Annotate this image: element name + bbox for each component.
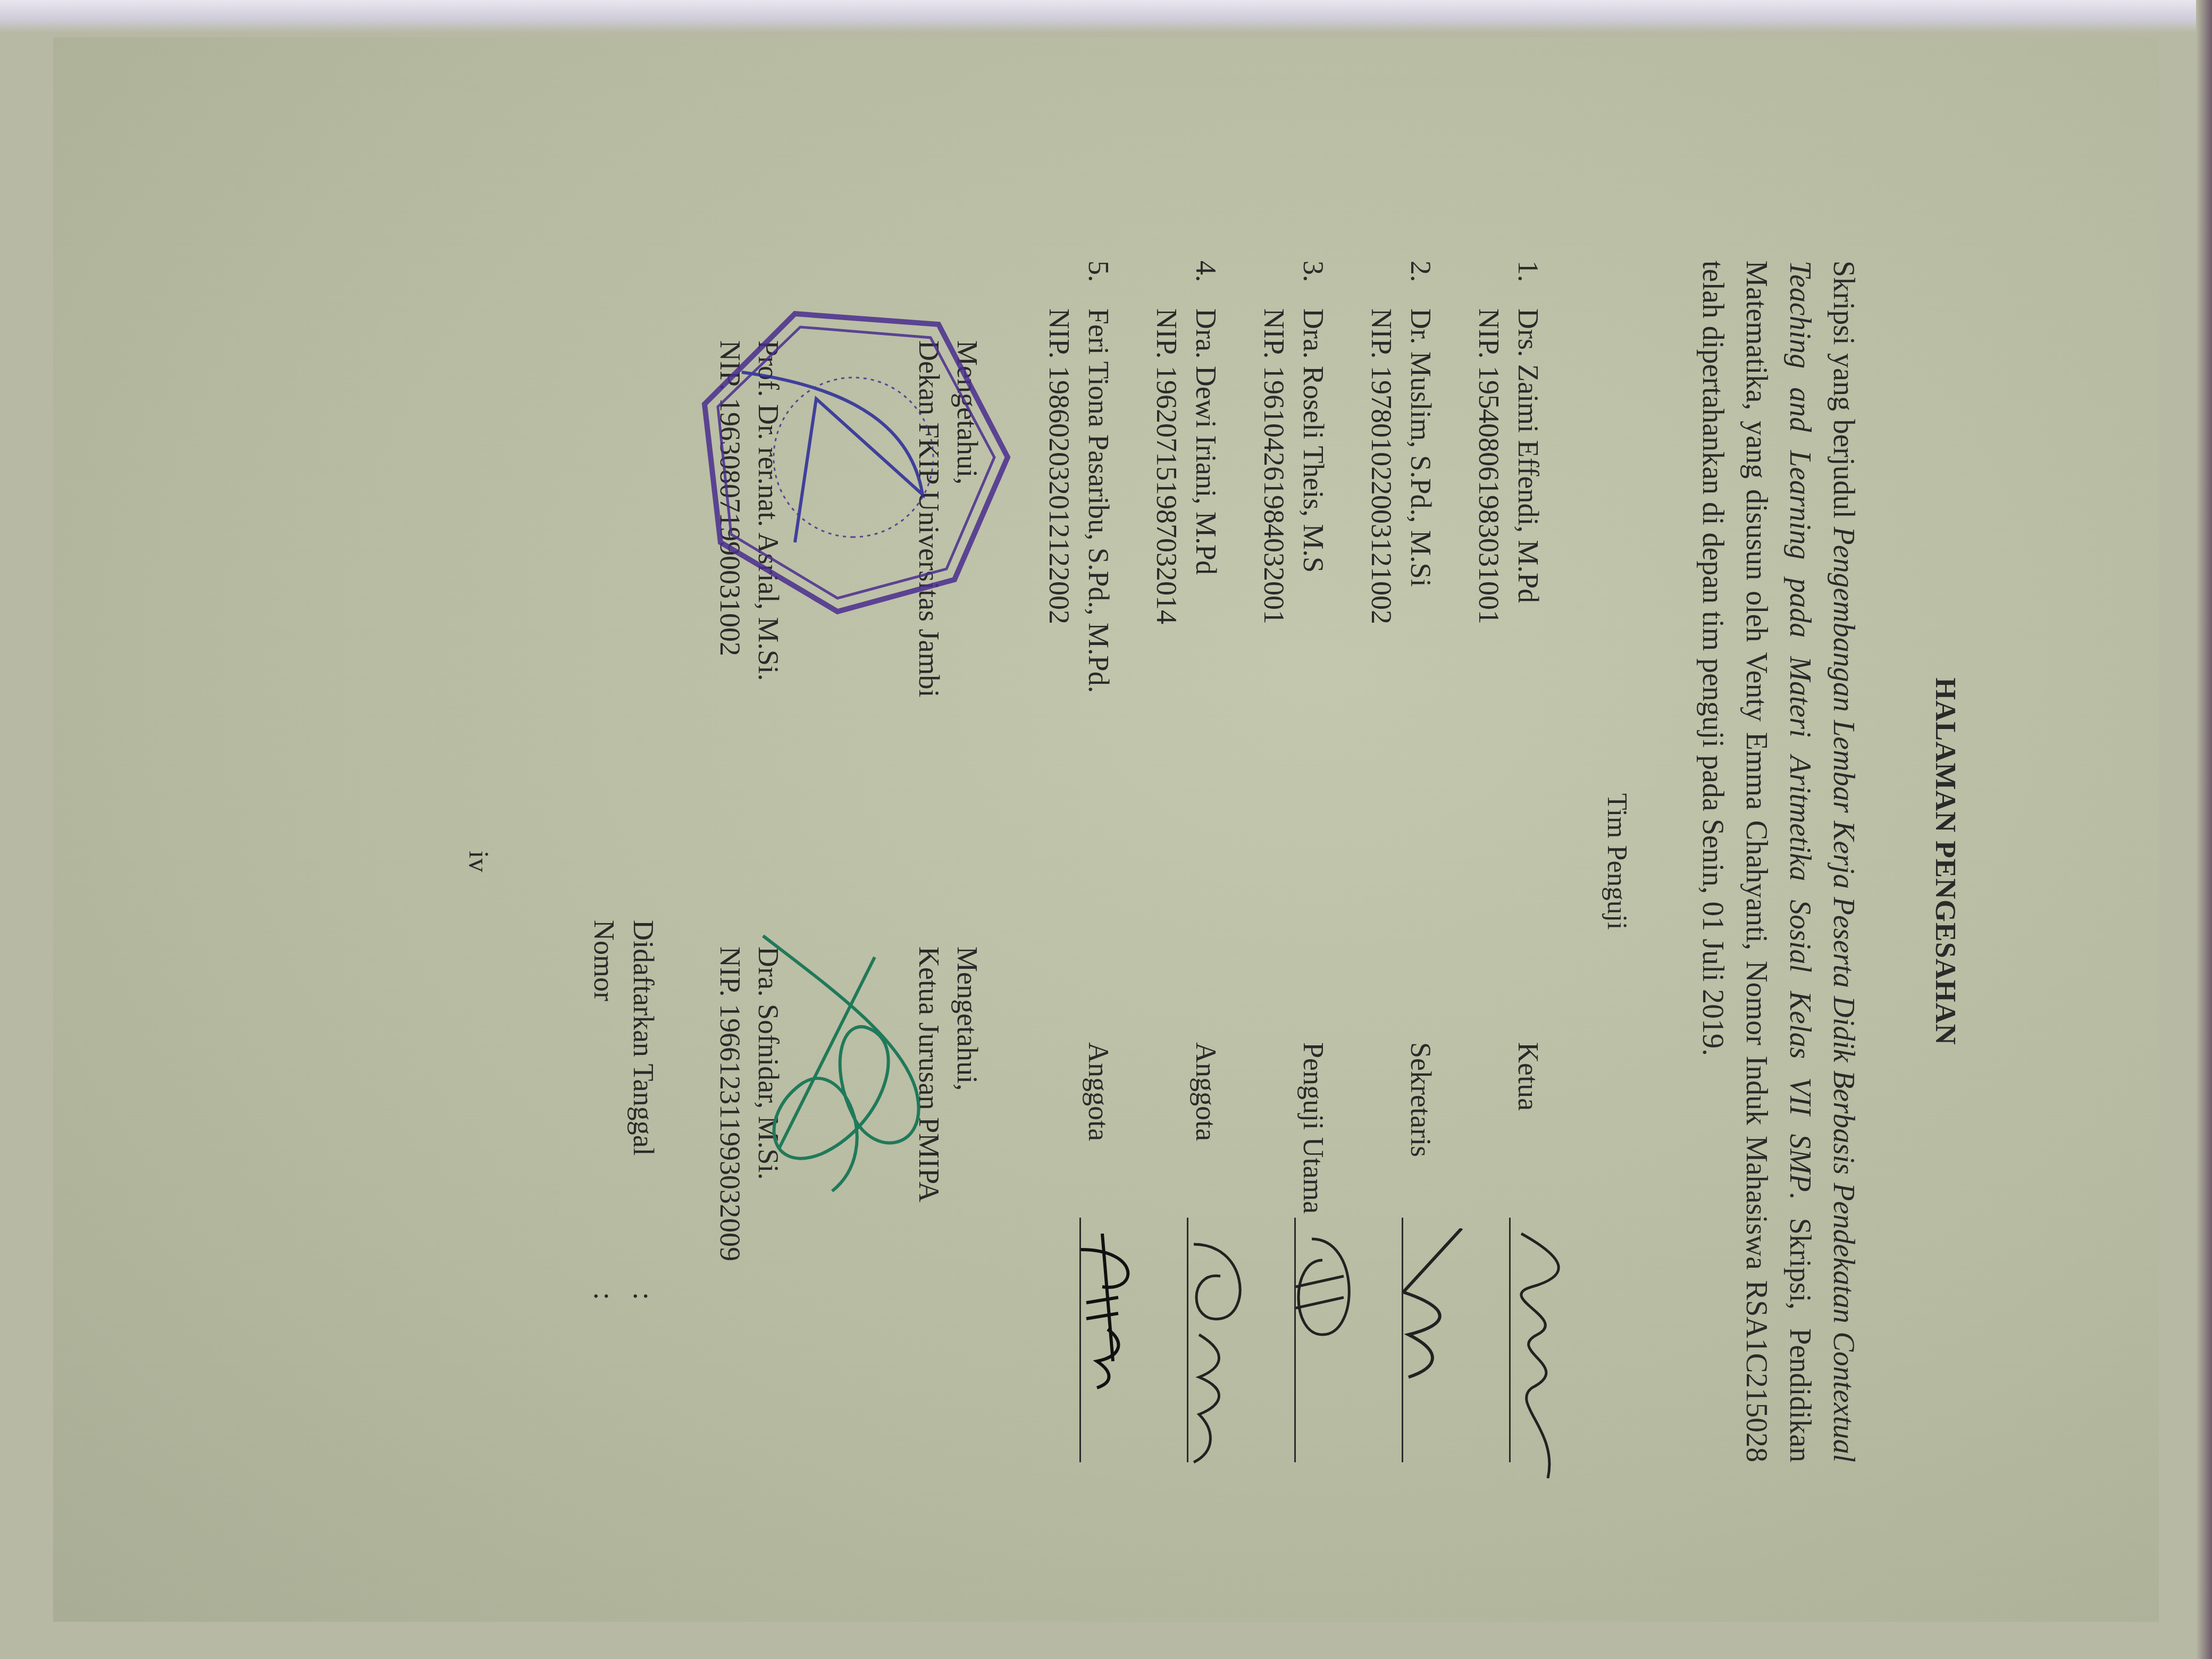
approval-paragraph: Skripsi yang berjudul Pengembangan Lemba… [1691, 261, 1865, 1462]
dean-approval: Mengetahui, Dekan FKIP Universitas Jambi… [711, 261, 986, 861]
examiner-name: Dra. Dewi Iriani, M.Pd [1186, 308, 1226, 1042]
registration-section: Didaftarkan Tanggal : Nomor : [584, 261, 663, 1462]
signature-line [1294, 1218, 1333, 1462]
examiner-row: 4. Dra. Dewi Iriani, M.Pd NIP. 196207151… [1147, 261, 1226, 1462]
examiner-number: 2. [1362, 261, 1440, 308]
examiner-nip: NIP. 195408061983031001 [1469, 308, 1509, 1042]
hod-label: Mengetahui, [948, 946, 986, 1462]
university-stamp-icon [689, 292, 1018, 622]
background-top-edge [0, 0, 2212, 32]
signature-icon [1076, 1228, 1150, 1484]
examiner-name: Feri Tiona Pasaribu, S.Pd., M.Pd. [1079, 308, 1118, 1042]
examiner-number: 4. [1147, 261, 1226, 308]
examiner-row: 1. Drs. Zaimi Effendi, M.Pd NIP. 1954080… [1469, 261, 1548, 1462]
examiner-number: 1. [1469, 261, 1548, 308]
examiner-number: 3. [1254, 261, 1333, 308]
signature-line [1509, 1218, 1548, 1462]
signature-line [1079, 1218, 1118, 1462]
page-number: iv [463, 261, 494, 1462]
examiner-role: Anggota [1040, 1042, 1118, 1218]
signature-icon [1291, 1228, 1365, 1484]
examiner-role: Anggota [1147, 1042, 1226, 1218]
document-page: HALAMAN PENGESAHAN Skripsi yang berjudul… [53, 37, 2159, 1622]
background-right-edge [2196, 0, 2212, 1659]
signature-icon [1183, 1228, 1258, 1484]
signature-line [1187, 1218, 1226, 1462]
signature-icon [1505, 1228, 1580, 1484]
examiner-row: 2. Dr. Muslim, S.Pd., M.Si NIP. 19780102… [1362, 261, 1440, 1462]
signature-line [1402, 1218, 1440, 1462]
examiner-number: 5. [1040, 261, 1118, 308]
registration-number-label: Nomor [584, 920, 624, 1292]
registration-date-value: : [624, 1292, 663, 1313]
head-of-department-approval: Mengetahui, Ketua Jurusan PMIPA Dra. Sof… [711, 861, 986, 1462]
examiner-role: Sekretaris [1362, 1042, 1440, 1218]
signature-icon [1398, 1228, 1472, 1484]
registration-date-label: Didaftarkan Tanggal [624, 920, 663, 1292]
registration-number-value: : [584, 1292, 624, 1313]
examiner-role: Penguji Utama [1254, 1042, 1333, 1218]
examiner-name: Dr. Muslim, S.Pd., M.Si [1401, 308, 1440, 1042]
examiner-name: Dra. Roseli Theis, M.S [1294, 308, 1333, 1042]
examiner-nip: NIP. 198602032012122002 [1040, 308, 1079, 1042]
examiner-row: 3. Dra. Roseli Theis, M.S NIP. 196104261… [1254, 261, 1333, 1462]
examiner-name: Drs. Zaimi Effendi, M.Pd [1509, 308, 1548, 1042]
examiner-list: 1. Drs. Zaimi Effendi, M.Pd NIP. 1954080… [1040, 261, 1548, 1462]
green-signature-icon [747, 925, 939, 1202]
committee-heading: Tim Penguji [1601, 261, 1632, 1462]
paragraph-prefix: Skripsi yang berjudul [1827, 261, 1860, 526]
examiner-nip: NIP. 197801022003121002 [1362, 308, 1401, 1042]
examiner-row: 5. Feri Tiona Pasaribu, S.Pd., M.Pd. NIP… [1040, 261, 1118, 1462]
examiner-nip: NIP. 196104261984032001 [1254, 308, 1294, 1042]
page-title: HALAMAN PENGESAHAN [1929, 261, 1962, 1462]
examiner-nip: NIP. 196207151987032014 [1147, 308, 1186, 1042]
examiner-role: Ketua [1469, 1042, 1548, 1218]
hod-nip: NIP. 196612311993032009 [711, 946, 749, 1462]
approvals-section: Mengetahui, Dekan FKIP Universitas Jambi… [711, 261, 986, 1462]
